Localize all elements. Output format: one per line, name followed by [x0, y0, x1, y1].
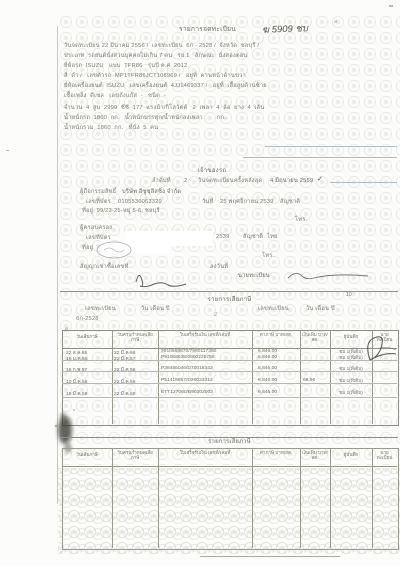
col-header-tax: ค่าภาษี บาท/สต.: [253, 450, 299, 455]
owner-address: ที่อยู่ 99/23-25-หมู่ 5-6, ชลบุรี: [82, 208, 160, 214]
tax-section-title: รายการเสียภาษี: [62, 297, 397, 304]
round-stamp: [94, 240, 138, 260]
cell-due: 22 มี.ค.57: [114, 355, 135, 363]
office-stamp: ชม.1(ที่เดิม): [331, 378, 371, 385]
occupant-nationality-value: ไทย: [267, 234, 278, 240]
cell-receipt: P91058935/0900226756: [161, 355, 215, 360]
doc-title: รายการจดทะเบียน: [150, 26, 265, 33]
cell-tax: 6,846.00: [258, 366, 277, 371]
vehicle-line: น้ำหนักรวม 1860 กก. ที่นั่ง 5 คน: [64, 125, 158, 131]
date-label-left: วัน เดือน ปี: [141, 306, 170, 312]
phone-label: โทร.: [295, 217, 307, 223]
cell-paid: 16 ม.ค.56: [66, 355, 87, 363]
cell-paid: 16 ก.พ.57: [66, 366, 87, 374]
last-registration-date-label: วันจดทะเบียนครั้งหลังสุด: [198, 178, 262, 184]
table-grid-line: [330, 448, 331, 548]
table-grid-line: [158, 330, 159, 424]
ruled-line: [330, 182, 397, 183]
col-header-receipt: ใบเสร็จรับเงิน เลขที่/เล่มที่: [159, 450, 251, 455]
issue-date-value: 25 พฤศจิกายน 2539: [220, 199, 274, 205]
handwritten-plate: ฆ 5909 ชบ: [262, 21, 308, 38]
sequence-label: ลำดับที่: [152, 178, 171, 184]
office-stamp: ชม.1(ที่เดิม): [331, 366, 371, 373]
registrar-label: นายทะเบียน: [238, 273, 270, 279]
cell-tax: 6,846.00: [258, 355, 277, 360]
owner-section-heading: เจ้าของรถ: [62, 168, 362, 175]
cell-tax: 6,846.00: [258, 349, 277, 354]
cell-tax: 6,846.00: [258, 390, 277, 395]
registrar-signature-swash: [286, 268, 370, 284]
tax-section-2-title: รายการเสียภาษี: [62, 439, 397, 446]
owner-id-value: 0105536063329: [118, 199, 162, 205]
corner-speck: [389, 5, 393, 7]
date-label-right: วัน เดือน ปี: [306, 306, 335, 312]
col-header-surcharge: เงินเพิ่ม บาท/สต.: [301, 450, 329, 461]
col-header-registrar: นายทะเบียน: [373, 450, 396, 461]
corner-mark: ส: [334, 20, 337, 26]
reg-no-label-left: เลขทะเบียน: [85, 306, 116, 312]
occupant-address-label: ที่อยู่: [82, 245, 93, 251]
table-grid-line: [252, 330, 253, 424]
cell-due: 22 มี.ค.58: [114, 366, 135, 374]
registrar-flourish: [352, 334, 400, 366]
table-row-line: [62, 397, 397, 398]
section-divider: [60, 437, 398, 438]
owner-id-label: เลขที่บัตร: [86, 199, 111, 205]
hire-purchase-label: สัญญาเช่าซื้อเลขที่: [80, 264, 129, 270]
table-grid-line: [300, 448, 301, 548]
cell-receipt: ETT127060/B90202002: [161, 390, 213, 395]
col-header-recorder: ผู้บันทึก: [331, 452, 371, 457]
issue-date-label: วันที่: [202, 199, 214, 205]
table-grid-line: [330, 330, 331, 424]
office-stamp: ชม.1(ที่เดิม): [331, 390, 371, 397]
vehicle-line: เชื้อเพลิง ดีเซล เลขถังแก๊ส - ชนิด -: [64, 93, 166, 99]
owner-label: ผู้ถือกรรมสิทธิ์: [80, 189, 116, 195]
occupant-label: ผู้ครอบครอง: [80, 225, 112, 231]
cell-due: 22 มี.ค.59: [114, 378, 135, 386]
phone-label-2: โทร.: [262, 253, 274, 259]
occupant-id-year: 2539: [216, 234, 230, 240]
table-grid-line: [252, 448, 253, 548]
table-grid-line: [372, 448, 373, 548]
col-header-surcharge: เงินเพิ่ม บาท/สต.: [301, 332, 329, 343]
owner-nationality-label: สัญชาติ: [280, 199, 300, 205]
vehicle-line: วันจดทะเบียน 22 มีนาคม 2556 / เลขทะเบียน…: [64, 43, 259, 49]
table-grid-line: [112, 330, 113, 424]
cell-receipt: 9910568870/7990117350: [161, 349, 216, 354]
reg-no-value: 6ก-2528: [76, 316, 99, 322]
col-header-paid-date: วันเสียภาษี: [63, 452, 111, 457]
col-header-paid-date: วันเสียภาษี: [63, 334, 111, 339]
cell-paid: 15 มี.ค.59: [66, 390, 87, 398]
table-grid-line: [158, 448, 159, 548]
table-grid-line: [300, 330, 301, 424]
margin-speck: [6, 150, 9, 151]
sequence-value: 2: [184, 178, 187, 184]
vehicle-line: สี ดำ / เลขตัวรถ MP1TFR86JCT106969 / อยู…: [64, 73, 246, 79]
vehicle-line: ยี่ห้อรถ ISUZU แบบ TFR86 รุ่นปี ค.ศ. 201…: [64, 63, 187, 69]
last-registration-date-value: 4 มิถุนายน 2559: [270, 178, 313, 184]
cell-receipt: P51416857/D20023312: [161, 378, 213, 383]
signature-scribble: [132, 268, 190, 288]
cell-due: 22 มี.ค.60: [114, 390, 135, 398]
contract-date-label: ลงวันที่: [210, 264, 228, 270]
center-mark: 2: [214, 312, 217, 318]
ruled-line: [243, 157, 397, 158]
col-header-due-date: วันครบกำหนดเสียภาษี: [113, 450, 157, 461]
table-grid-line: [112, 448, 113, 548]
col-header-due-date: วันครบกำหนดเสียภาษี: [113, 332, 157, 343]
vehicle-line: จำนวน 4 สูบ 2999 ซีซี 177 แรงม้า/กิโลวัต…: [64, 105, 264, 111]
pen-line: [200, 556, 340, 557]
vehicle-line: ยี่ห้อเครื่องยนต์ ISUZU เลขเครื่องยนต์ 4…: [64, 83, 267, 89]
occupant-nationality-label: สัญชาติ: [243, 234, 263, 240]
cell-surcharge: 68.96: [303, 378, 315, 383]
vehicle-line: ประเภท รถยนต์นั่งส่วนบุคคลไม่เกิน 7 คน ร…: [64, 53, 248, 59]
cell-receipt: P38486046/D70018343: [161, 366, 213, 371]
cell-paid: 10 มี.ค.58: [66, 378, 87, 386]
reg-no-label-right: เลขทะเบียน: [258, 306, 289, 312]
check-mark: ✓: [317, 175, 323, 183]
owner-name: บริษัท อีซูซุลีสซิ่ง จำกัด: [122, 189, 181, 195]
col-header-tax: ค่าภาษี บาท/สต.: [253, 332, 299, 337]
col-header-receipt: ใบเสร็จรับเงิน เลขที่/เล่มที่: [159, 332, 251, 337]
cell-tax: 6,846.00: [258, 378, 277, 383]
vehicle-line: น้ำหนักรถ 1860 กก. น้ำหนักบรรทุก/น้ำหนัก…: [64, 115, 226, 121]
scanned-registration-document: รายการจดทะเบียน ฆ 5909 ชบ ส วันจดทะเบียน…: [0, 0, 400, 566]
ruled-line: [265, 146, 397, 147]
